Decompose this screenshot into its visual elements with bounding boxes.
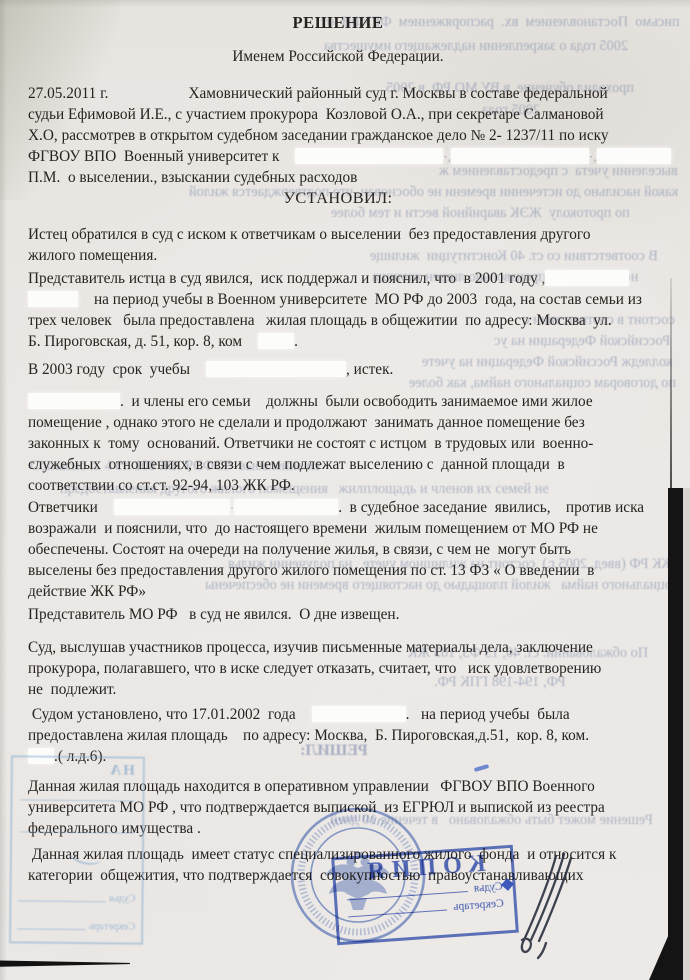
redaction-box — [206, 361, 346, 377]
page-left-shadow — [0, 0, 7, 980]
doc-line: Суд, выслушав участников процесса, изучи… — [28, 638, 593, 658]
doc-line: жилого помещения. — [28, 246, 157, 266]
redaction-box — [28, 291, 78, 307]
doc-line: прокурора, полагавшего, что в иске следу… — [28, 659, 601, 679]
doc-line: Х.О, рассмотрев в открытом судебном засе… — [28, 126, 608, 146]
doc-text: Хамовнический районный суд г. Москвы в с… — [188, 85, 607, 102]
signature-line — [17, 928, 85, 930]
scan-edge-wedge — [649, 934, 669, 980]
bleedthrough-text: Российской Федерации на ус — [494, 333, 670, 350]
scan-edge-line — [670, 278, 672, 490]
doc-line: выселены без предоставления другого жило… — [28, 561, 594, 581]
scan-bottom-line — [0, 960, 130, 967]
stamp-line — [21, 799, 135, 801]
scanned-page: письмо Постановлением вх. распоряжением … — [0, 0, 690, 980]
doc-text: Б. Пироговская, д. 51, кор. 8, ком — [28, 333, 242, 350]
signature-line — [17, 900, 105, 902]
doc-text: Судом установлено, что 17.01.2002 года — [28, 706, 296, 723]
doc-line: обеспечены. Состоят на очереди на получе… — [28, 540, 571, 560]
doc-text: Ответчики — [28, 499, 98, 516]
stamp-squiggle — [66, 842, 103, 868]
stamp-fragment: НА — [108, 762, 135, 779]
scan-edge-gray — [683, 488, 690, 980]
doc-line: Б. Пироговская, д. 51, кор. 8, ком. — [28, 332, 298, 352]
doc-line: помещение , однако этого не сделали и пр… — [28, 413, 585, 433]
scan-edge-black — [668, 488, 683, 980]
doc-line: Ответчики·. в судебное заседание явились… — [28, 498, 644, 518]
doc-line: служебных отношениях, в связи с чем подл… — [28, 455, 565, 475]
redaction-box — [597, 148, 671, 164]
blue-pen-tick — [474, 764, 490, 772]
page-top-shadow — [0, 0, 690, 8]
doc-line: В 2003 году срок учебы, истек. — [28, 360, 393, 380]
redaction-box — [258, 333, 294, 349]
doc-text: Представитель истца в суд явился, иск по… — [28, 270, 545, 287]
doc-line: трех человек была предоставлена жилая пл… — [28, 311, 612, 331]
document-subtitle: Именем Российской Федерации. — [28, 47, 648, 67]
judge-signature-row: Судья — [17, 892, 135, 904]
doc-line: ФГВОУ ВПО Военный университет к·,·, — [28, 147, 671, 167]
doc-line: судьи Ефимовой И.Е., с участием прокурор… — [28, 105, 604, 125]
redaction-box — [545, 270, 629, 286]
judge-label: Судья — [109, 893, 135, 904]
doc-line: Судом установлено, что 17.01.2002 года. … — [28, 705, 570, 725]
doc-line: возражали и пояснили, что до настоящего … — [28, 519, 598, 539]
doc-line: Истец обратился в суд с иском к ответчик… — [28, 225, 590, 245]
redaction-box — [114, 499, 230, 515]
redaction-remnant: ·, — [589, 149, 597, 164]
bleedthrough-text: по договорам социального найма, как боле… — [409, 375, 676, 392]
doc-text: на период учебы в Военном университете М… — [94, 291, 642, 308]
document-title: РЕШЕНИЕ — [28, 13, 648, 33]
doc-line: Представитель истца в суд явился, иск по… — [28, 269, 629, 289]
secretary-label: Секретарь — [453, 898, 504, 914]
doc-line: 27.05.2011 г.Хамовнический районный суд … — [28, 84, 608, 104]
bleedthrough-text: колледж Российской Федерации на учете — [422, 354, 672, 371]
secretary-label: Секретарь — [89, 921, 135, 932]
section-heading: УСТАНОВИЛ: — [28, 188, 648, 208]
doc-text: ФГВОУ ВПО Военный университет к — [28, 148, 279, 165]
doc-text: В 2003 году срок учебы — [28, 361, 190, 378]
doc-text: . на период учебы была — [406, 706, 570, 723]
signature-line — [348, 909, 447, 917]
doc-text: , истек. — [346, 361, 393, 378]
redaction-box — [28, 393, 120, 409]
doc-line: законных к тому оснований. Ответчики не … — [28, 434, 593, 454]
doc-line: Представитель МО РФ в суд не явился. О д… — [28, 605, 399, 625]
doc-line: предоставлена жилая площадь по адресу: М… — [28, 726, 589, 746]
redaction-remnant: ·, — [443, 149, 451, 164]
bleedthrough-text: В соответствии со ст. 40 Конституции жил… — [370, 248, 658, 265]
pen-signature — [498, 848, 578, 960]
doc-line: . и члены его семьи должны были освободи… — [28, 392, 593, 412]
redaction-box — [234, 499, 338, 515]
redaction-box — [451, 148, 589, 164]
redaction-box — [312, 706, 406, 722]
faint-bleedthrough-stamp: НА Судья Секретарь — [9, 755, 145, 944]
doc-line: П.М. о выселении., взыскании судебных ра… — [28, 168, 357, 188]
doc-text: . и члены его семьи должны были освободи… — [120, 393, 593, 410]
copy-stamp-content: КОПИЯ Судья Секретарь — [334, 848, 515, 942]
secretary-signature-row: Секретарь — [17, 920, 135, 932]
doc-line: соответствии со ст.ст. 92-94, 103 ЖК РФ. — [28, 476, 295, 496]
doc-text: . в судебное заседание явились, против и… — [338, 499, 644, 516]
signature-line — [347, 891, 468, 900]
stamp-line — [20, 831, 134, 833]
copy-stamp: КОПИЯ Судья Секретарь — [331, 845, 519, 945]
doc-line: не подлежит. — [28, 680, 116, 700]
decision-date: 27.05.2011 г. — [28, 85, 108, 102]
redaction-box — [295, 148, 443, 164]
doc-line: на период учебы в Военном университете М… — [28, 290, 642, 310]
doc-line: действие ЖК РФ» — [28, 582, 146, 602]
doc-text: . — [294, 333, 298, 350]
